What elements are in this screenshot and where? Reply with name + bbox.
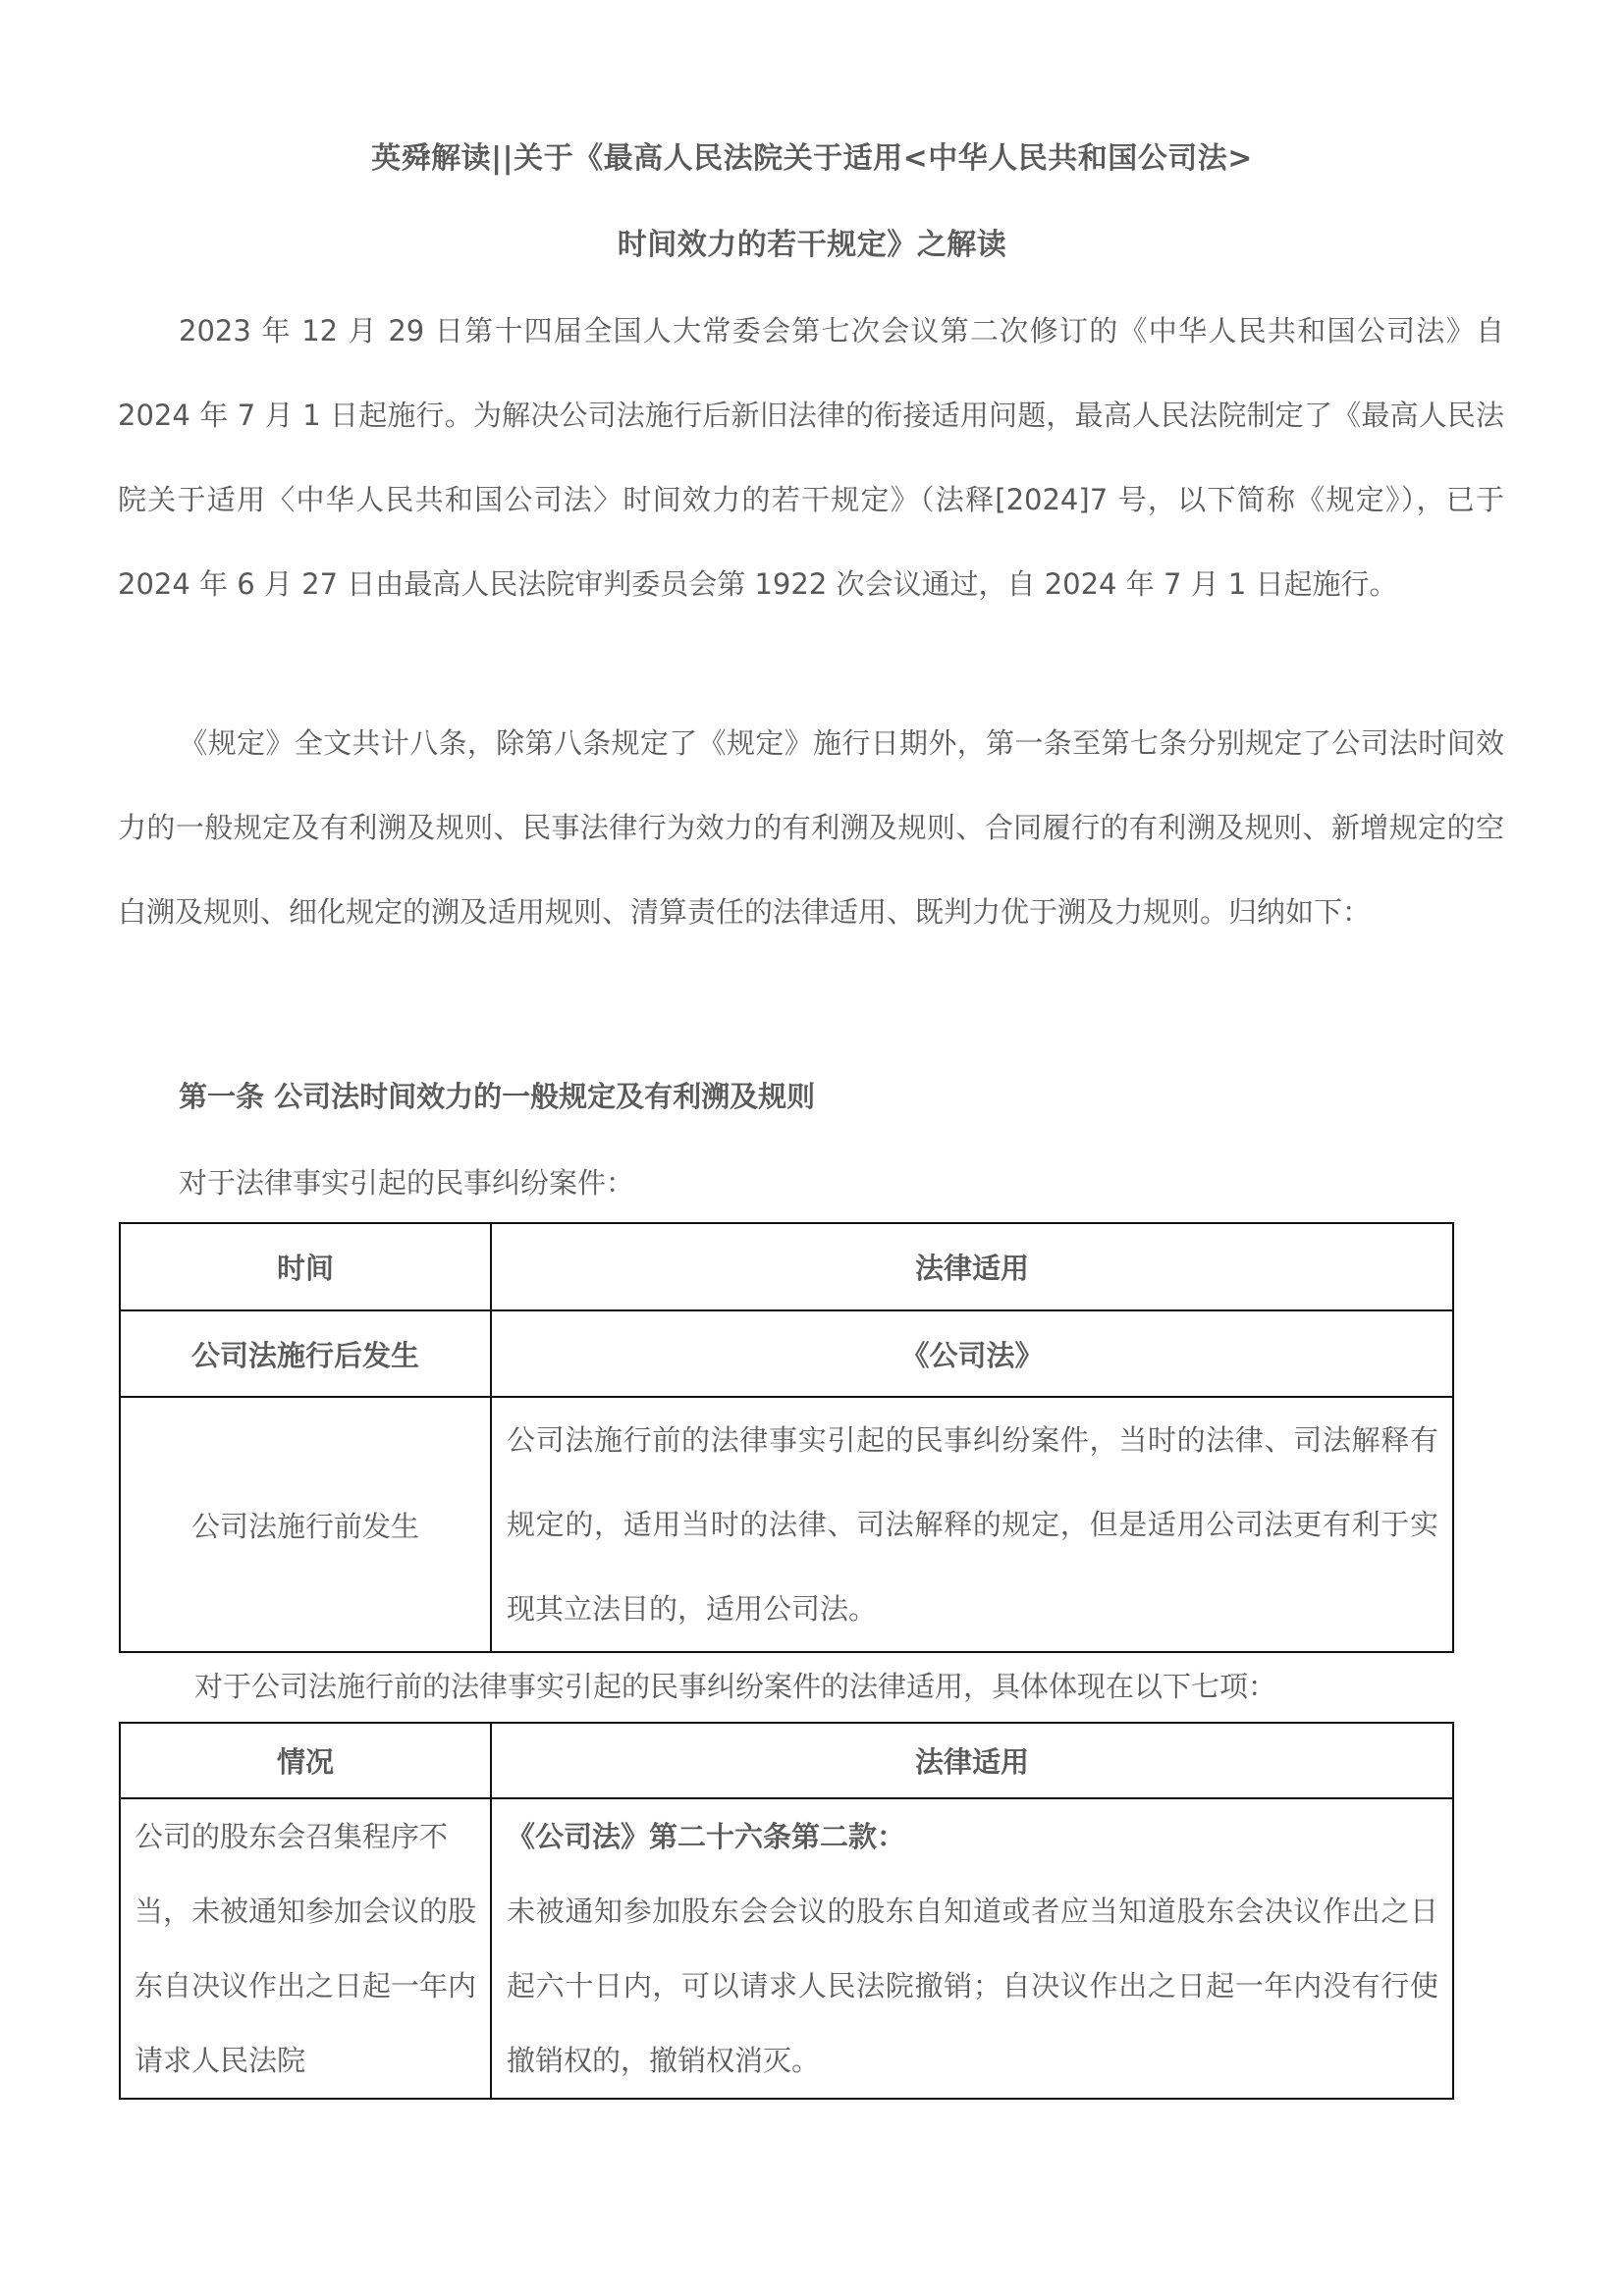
cell-time: 公司法施行前发生 xyxy=(120,1397,491,1652)
cell-law: 《公司法》 xyxy=(491,1310,1453,1397)
table-seven-items: 情况 法律适用 公司的股东会召集程序不当，未被通知参加会议的股东自决议作出之日起… xyxy=(119,1722,1454,2100)
law-article-title: 《公司法》第二十六条第二款： xyxy=(507,1799,1438,1874)
summary-paragraph-text: 《规定》全文共计八条，除第八条规定了《规定》施行日期外，第一条至第七条分别规定了… xyxy=(118,726,1504,929)
law-article-text: 未被通知参加股东会会议的股东自知道或者应当知道股东会决议作出之日起六十日内，可以… xyxy=(507,1874,1438,2098)
table-header-row: 情况 法律适用 xyxy=(120,1723,1453,1798)
header-law: 法律适用 xyxy=(491,1223,1453,1310)
document-page: 英舜解读||关于《最高人民法院关于适用<中华人民共和国公司法> 时间效力的若干规… xyxy=(0,0,1624,2296)
header-time: 时间 xyxy=(120,1223,491,1310)
cell-time: 公司法施行后发生 xyxy=(120,1310,491,1397)
summary-paragraph: 《规定》全文共计八条，除第八条规定了《规定》施行日期外，第一条至第七条分别规定了… xyxy=(118,701,1504,954)
document-title-line-2: 时间效力的若干规定》之解读 xyxy=(0,226,1624,265)
cell-law: 公司法施行前的法律事实引起的民事纠纷案件，当时的法律、司法解释有规定的，适用当时… xyxy=(491,1397,1453,1652)
cell-situation: 公司的股东会召集程序不当，未被通知参加会议的股东自决议作出之日起一年内请求人民法… xyxy=(120,1798,491,2099)
table-row: 公司的股东会召集程序不当，未被通知参加会议的股东自决议作出之日起一年内请求人民法… xyxy=(120,1798,1453,2099)
table-article-1: 时间 法律适用 公司法施行后发生 《公司法》 公司法施行前发生 公司法施行前的法… xyxy=(119,1222,1454,1653)
document-title-line-1: 英舜解读||关于《最高人民法院关于适用<中华人民共和国公司法> xyxy=(0,139,1624,179)
header-situation: 情况 xyxy=(120,1723,491,1798)
table-row: 公司法施行前发生 公司法施行前的法律事实引起的民事纠纷案件，当时的法律、司法解释… xyxy=(120,1397,1453,1652)
cell-law: 《公司法》第二十六条第二款： 未被通知参加股东会会议的股东自知道或者应当知道股东… xyxy=(491,1798,1453,2099)
header-law: 法律适用 xyxy=(491,1723,1453,1798)
intro-paragraph-text: 2023 年 12 月 29 日第十四届全国人大常委会第七次会议第二次修订的《中… xyxy=(118,314,1504,601)
table-row: 公司法施行后发生 《公司法》 xyxy=(120,1310,1453,1397)
section-heading-article-1: 第一条 公司法时间效力的一般规定及有利溯及规则 xyxy=(179,1077,815,1116)
intro-paragraph: 2023 年 12 月 29 日第十四届全国人大常委会第七次会议第二次修订的《中… xyxy=(118,289,1504,626)
table1-intro: 对于法律事实引起的民事纠纷案件： xyxy=(179,1163,634,1202)
table2-intro: 对于公司法施行前的法律事实引起的民事纠纷案件的法律适用，具体体现在以下七项： xyxy=(194,1667,1276,1706)
table-header-row: 时间 法律适用 xyxy=(120,1223,1453,1310)
